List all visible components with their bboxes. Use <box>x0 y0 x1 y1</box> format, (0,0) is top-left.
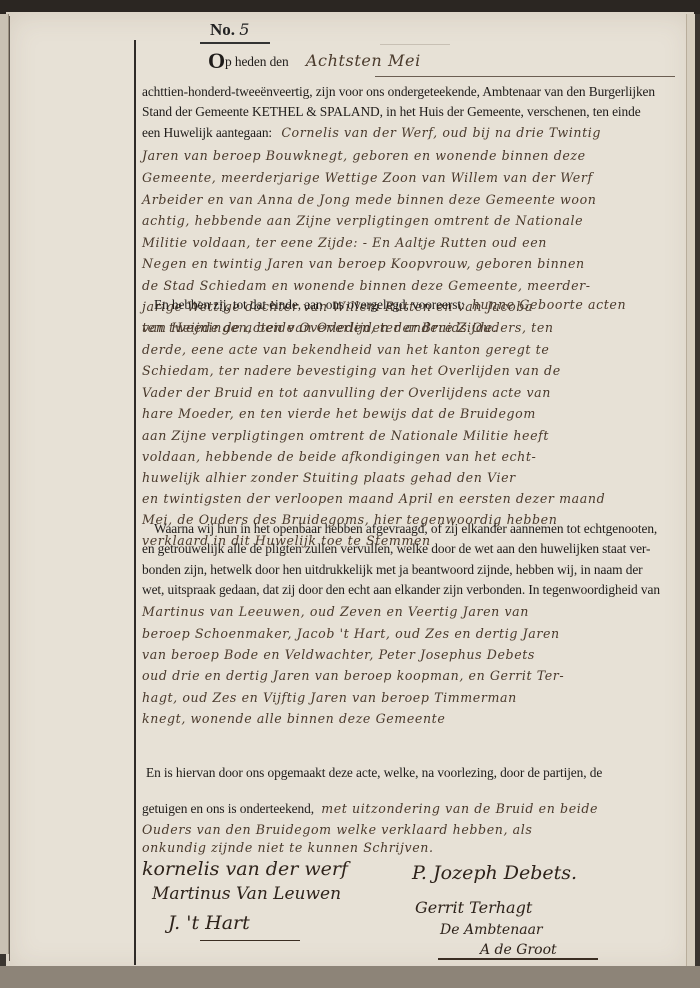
opening-drop-cap: O <box>208 48 225 73</box>
groom-line-6: Negen en twintig Jaren van beroep Koopvr… <box>142 256 585 271</box>
documents-line-7: voldaan, hebbende de beide afkondigingen… <box>142 449 536 464</box>
signature-witness-t-hart: J. 't Hart <box>168 912 250 934</box>
header-line-4-print: een Huwelijk aantegaan: <box>142 125 272 140</box>
documents-line-1: ten tweede de acten van Overlijden der B… <box>142 320 554 335</box>
signature-underline-t-hart <box>200 940 300 941</box>
closing-handwritten-1: Ouders van den Bruidegom welke verklaard… <box>142 822 532 837</box>
documents-line-2: derde, eene acte van bekendheid van het … <box>142 342 549 357</box>
vows-line-4: wet, uitspraak gedaan, dat zij door den … <box>142 582 660 598</box>
header-line-2: achttien-honderd-tweeënveertig, zijn voo… <box>142 84 655 100</box>
right-page-edge <box>686 14 695 969</box>
documents-lead-print: En hebben zij, tot dat einde, aan ons ov… <box>154 297 465 312</box>
signature-witness-debets: P. Jozeph Debets. <box>412 862 577 884</box>
groom-line-3: Arbeider en van Anna de Jong mede binnen… <box>142 192 597 207</box>
vows-line-1: Waarna wij hun in het openbaar hebben af… <box>154 521 657 537</box>
signature-groom: kornelis van der werf <box>142 858 348 880</box>
date-fill-line <box>375 76 675 77</box>
witness-line-1: Martinus van Leeuwen, oud Zeven en Veert… <box>142 604 529 619</box>
documents-line-8: huwelijk alhier zonder Stuiting plaats g… <box>142 470 516 485</box>
witness-line-2: beroep Schoenmaker, Jacob 't Hart, oud Z… <box>142 626 560 641</box>
witness-line-6: knegt, wonende alle binnen deze Gemeente <box>142 711 445 726</box>
registrar-title: De Ambtenaar <box>440 922 543 938</box>
documents-line-5: hare Moeder, en ten vierde het bewijs da… <box>142 406 536 421</box>
documents-line-9: en twintigsten der verloopen maand April… <box>142 491 605 506</box>
closing-handwritten-0: met uitzondering van de Bruid en beide <box>321 801 598 816</box>
opening-line: Op heden den Achtsten Mei <box>208 48 421 74</box>
closing-line-1: En is hiervan door ons opgemaakt deze ac… <box>146 765 602 781</box>
record-number-label: No. <box>210 20 235 39</box>
record-number-rule <box>200 42 270 44</box>
groom-line-7: de Stad Schiedam en wonende binnen deze … <box>142 278 591 293</box>
opening-text: p heden den <box>225 54 289 69</box>
groom-line-0: Cornelis van der Werf, oud bij na drie T… <box>281 125 601 140</box>
groom-line-4: achtig, hebbende aan Zijne verpligtingen… <box>142 213 583 228</box>
binding-edge <box>0 14 9 954</box>
header-line-3: Stand der Gemeente KETHEL & SPALAND, in … <box>142 104 641 120</box>
record-number-value: 5 <box>239 20 249 39</box>
signature-underline-registrar <box>438 958 598 960</box>
witness-line-3: van beroep Bode en Veldwachter, Peter Jo… <box>142 647 535 662</box>
documents-line-3: Schiedam, ter nadere bevestiging van het… <box>142 363 561 378</box>
header-line-4: een Huwelijk aantegaan: Cornelis van der… <box>142 125 601 141</box>
groom-line-5: Militie voldaan, ter eene Zijde: - En Aa… <box>142 235 547 250</box>
record-number: No. 5 <box>210 20 249 40</box>
witness-line-5: hagt, oud Zes en Vijftig Jaren van beroe… <box>142 690 517 705</box>
witness-line-4: oud drie en dertig Jaren van beroep koop… <box>142 668 564 683</box>
signature-registrar: A de Groot <box>480 942 557 958</box>
documents-line-6: aan Zijne verpligtingen omtrent de Natio… <box>142 428 549 443</box>
documents-lead: En hebben zij, tot dat einde, aan ons ov… <box>154 297 626 313</box>
documents-line-0: hunne Geboorte acten <box>472 297 626 312</box>
date-handwritten: Achtsten Mei <box>306 51 421 70</box>
closing-line-2-print: getuigen en ons is onderteekend, <box>142 801 314 816</box>
vows-line-3: bonden zijn, hetwelk door hen uitdrukkel… <box>142 562 643 578</box>
vows-line-2: en getrouwelijk alle de pligten zullen v… <box>142 541 650 557</box>
scan-bottom-edge <box>0 966 700 988</box>
closing-handwritten-2: onkundig zijnde niet te kunnen Schrijven… <box>142 840 434 855</box>
left-margin-rule <box>9 16 10 961</box>
signature-witness-van-leeuwen: Martinus Van Leuwen <box>152 884 341 904</box>
documents-line-4: Vader der Bruid en tot aanvulling der Ov… <box>142 385 551 400</box>
signature-witness-terhagt: Gerrit Terhagt <box>415 898 532 917</box>
ghost-rule <box>380 44 450 45</box>
groom-line-2: Gemeente, meerderjarige Wettige Zoon van… <box>142 170 593 185</box>
closing-line-2: getuigen en ons is onderteekend, met uit… <box>142 801 598 817</box>
margin-rule <box>134 40 136 965</box>
groom-line-1: Jaren van beroep Bouwknegt, geboren en w… <box>142 148 586 163</box>
